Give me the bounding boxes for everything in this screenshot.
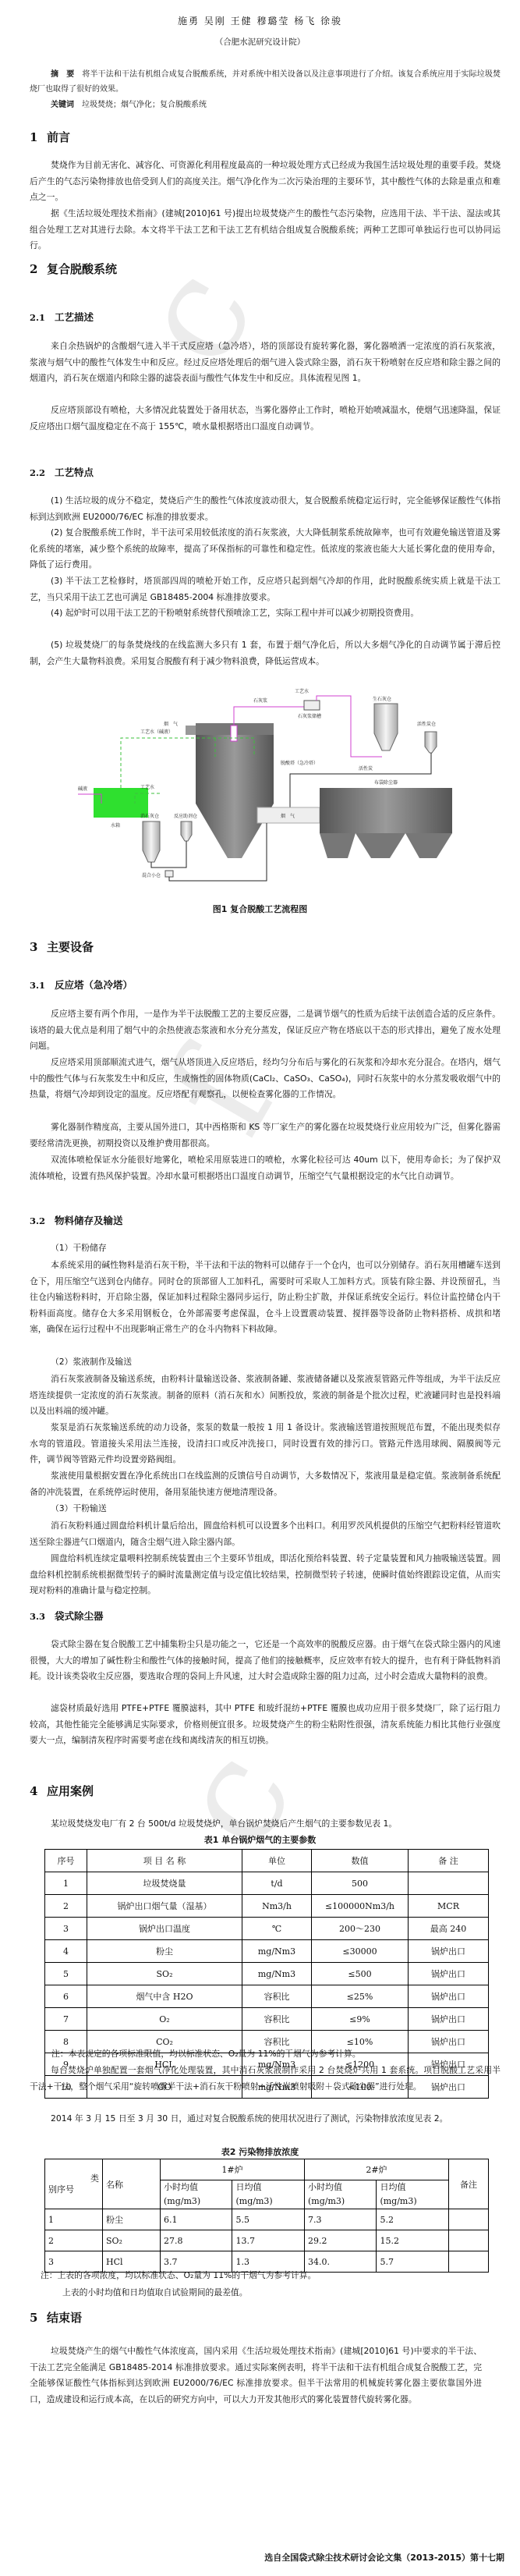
table-row: 7O₂容积比≤9%锅炉出口 — [45, 2008, 489, 2031]
table-row: 1粉尘6.15.57.35.2 — [45, 2209, 489, 2230]
authors: 施勇 吴刚 王健 穆璐莹 杨飞 徐骏 — [0, 14, 520, 27]
table-row: 6烟气中含 H2O容积比≤25%锅炉出口 — [45, 1985, 489, 2008]
table1-caption: 表1 单台锅炉烟气的主要参数 — [0, 1833, 520, 1846]
keywords-label: 关键词 — [51, 101, 74, 109]
svg-text:石灰浆: 石灰浆 — [253, 697, 267, 704]
sub-heading: （1）干粉储存 — [30, 1240, 501, 1257]
table2-caption: 表2 污染物排放浓度 — [0, 2145, 520, 2158]
process-flow-diagram: 水箱 脱酸塔（急冷塔） 烟 气 工艺水（碱液） 碱液 工艺水 石灰浆 石灰浆储槽… — [47, 687, 483, 882]
subsection-heading-3-1: 3.1反应塔（急冷塔） — [30, 978, 133, 992]
paragraph: 焚烧作为目前无害化、减容化、可资源化利用程度最高的一种垃圾处理方式已经成为我国生… — [30, 158, 501, 206]
sub-heading: （3）干粉输送 — [30, 1501, 501, 1517]
svg-text:工艺水（碱液）: 工艺水（碱液） — [140, 729, 173, 735]
svg-text:脱酸塔（急冷塔）: 脱酸塔（急冷塔） — [281, 760, 318, 766]
paper-page: c f c 施勇 吴刚 王健 穆璐莹 杨飞 徐骏 （合肥水泥研究设计院） 摘 要… — [0, 0, 520, 2576]
paragraph: 反应塔主要有两个作用，一是作为半干法脱酸工艺的主要反应器，二是调节烟气的性质为后… — [30, 1006, 501, 1055]
abstract: 摘 要将半干法和干法有机组合成复合脱酸系统，并对系统中相关设备以及注意事项进行了… — [30, 67, 501, 97]
table-row: 5SO₂mg/Nm3≤500锅炉出口 — [45, 1963, 489, 1985]
bag-filter — [320, 788, 452, 833]
paragraph: 每台焚烧炉单独配置一套烟气净化处理装置，其中消石灰浆液制作采用 2 台焚烧炉共用… — [30, 2063, 501, 2095]
table2-note: 注：上表的各项浓度，均以标准状态、O₂量为 11%的干烟气为参考计算。 — [41, 2267, 316, 2284]
svg-text:布袋除尘器: 布袋除尘器 — [374, 779, 398, 786]
table-2: 类别序号 名称 1#炉 2#炉 备注 小时均值(mg/m3) 日均值(mg/m3… — [44, 2159, 489, 2273]
paragraph: 浆液使用量根据安置在净化系统出口在线监测的反馈信号自动调节，大多数情况下，浆液用… — [30, 1468, 501, 1500]
paragraph: 消石灰粉料通过圆盘给料机计量后给出，圆盘给料机可以设置多个出料口。利用罗茨风机提… — [30, 1518, 501, 1550]
conclusion-paragraph: 垃圾焚烧产生的烟气中酸性气体浓度高，国内采用《生活垃圾处理技术指南》(建城[20… — [30, 2344, 482, 2407]
paragraph: (5) 垃圾焚烧厂的每条焚烧线的在线监测大多只有 1 套，布置于烟气净化后，所以… — [30, 637, 501, 669]
paragraph: 雾化器制作精度高，主要从国外进口，其中西格斯和 KS 等厂家生产的雾化器在垃圾焚… — [30, 1119, 501, 1151]
section-heading-2: 2复合脱酸系统 — [30, 261, 117, 277]
svg-text:活性炭仓: 活性炭仓 — [417, 721, 436, 727]
paragraph: 2014 年 3 月 15 日至 3 月 30 日，通过对复合脱酸系统的使用状况… — [30, 2111, 501, 2127]
svg-text:水箱: 水箱 — [111, 822, 120, 829]
section-heading-5: 5结束语 — [30, 2309, 82, 2326]
svg-text:石灰浆储槽: 石灰浆储槽 — [298, 713, 321, 719]
table-header-row: 序号 项 目 名 称 单位 数值 备 注 — [45, 1850, 489, 1872]
table-row: 4粉尘mg/Nm3≤30000锅炉出口 — [45, 1940, 489, 1963]
svg-text:消石灰仓: 消石灰仓 — [140, 813, 159, 819]
subsection-heading-3-2: 3.2物料储存及输送 — [30, 1213, 123, 1227]
section-heading-1: 1前言 — [30, 129, 70, 145]
sub-heading: （2）浆液制作及输送 — [30, 1354, 501, 1371]
paragraph: 双流体喷枪保证水分能很好地雾化，喷枪采用原装进口的喷枪，水雾化粒径可达 40um… — [30, 1152, 501, 1184]
section-heading-3: 3主要设备 — [30, 939, 94, 955]
paragraph: 据《生活垃圾处理技术指南》(建城[2010]61 号)提出垃圾焚烧产生的酸性气态… — [30, 206, 501, 254]
subsection-heading-2-2: 2.2工艺特点 — [30, 465, 94, 479]
svg-text:烟 气: 烟 气 — [164, 721, 178, 727]
paragraph: 袋式除尘器在复合脱酸工艺中捕集粉尘只是功能之一，它还是一个高效率的脱酸反应器。由… — [30, 1637, 501, 1685]
paragraph: (3) 半干法工艺检修时，塔顶部四周的喷枪开始工作，反应塔只起到烟气冷却的作用，… — [30, 573, 501, 605]
table-row: 3锅炉出口温度℃200～230最高 240 — [45, 1918, 489, 1940]
svg-text:碱液: 碱液 — [78, 786, 87, 792]
source-footer: 选自全国袋式除尘技术研讨会论文集（2013-2015）第十七期 — [264, 2551, 504, 2564]
paragraph: (4) 起炉时可以用干法工艺的干粉喷射系统替代预喷涂工艺，实际工程中并可以减少初… — [30, 605, 501, 622]
keywords-text: 垃圾焚烧；烟气净化；复合脱酸系统 — [82, 101, 207, 109]
figure-caption: 图1 复合脱酸工艺流程图 — [0, 903, 520, 915]
svg-text:混合小仓: 混合小仓 — [142, 872, 161, 878]
paragraph: 圆盘给料机连续定量喂料控制系统装置由三个主要环节组成，即活化预给料装置、转子定量… — [30, 1551, 501, 1599]
svg-text:活性炭: 活性炭 — [359, 765, 373, 772]
subsection-heading-3-3: 3.3袋式除尘器 — [30, 1609, 104, 1623]
table2-note: 上表的小时均值和日均值取自试验期间的最差值。 — [62, 2284, 248, 2301]
paragraph: 某垃圾焚烧发电厂有 2 台 500t/d 垃圾焚烧炉，单台锅炉焚烧后产生烟气的主… — [30, 1816, 501, 1833]
svg-text:烟 气: 烟 气 — [281, 813, 295, 819]
paragraph: 反应塔采用顶部顺流式进气，烟气从塔顶进入反应塔后，经均匀分布后与雾化的石灰浆和冷… — [30, 1055, 501, 1103]
svg-text:生石灰仓: 生石灰仓 — [373, 696, 391, 702]
subsection-heading-2-1: 2.1工艺描述 — [30, 310, 94, 324]
svg-text:工艺水: 工艺水 — [295, 688, 309, 694]
paragraph: 滤袋材质最好选用 PTFE+PTFE 覆膜滤料，其中 PTFE 和玻纤混纺+PT… — [30, 1701, 501, 1749]
paragraph: 浆泵是消石灰浆输送系统的动力设备，浆泵的数量一般按 1 用 1 备设计。浆液输送… — [30, 1420, 501, 1468]
paragraph: 本系统采用的碱性物料是消石灰干粉，半干法和干法的物料可以储存于一个仓内，也可以分… — [30, 1258, 501, 1338]
paragraph: (1) 生活垃圾的成分不稳定，焚烧后产生的酸性气体浓度波动很大，复合脱酸系统稳定… — [30, 493, 501, 525]
section-heading-4: 4应用案例 — [30, 1783, 94, 1799]
keywords: 关键词垃圾焚烧；烟气净化；复合脱酸系统 — [30, 98, 501, 112]
reaction-tower — [196, 735, 274, 858]
abstract-text: 将半干法和干法有机组合成复合脱酸系统，并对系统中相关设备以及注意事项进行了介绍。… — [30, 70, 501, 94]
paragraph: (2) 复合脱酸系统工作时，半干法可采用较低浓度的消石灰浆液，大大降低制浆系统故… — [30, 525, 501, 573]
table-row: 1垃圾焚烧量t/d500 — [45, 1872, 489, 1895]
paragraph: 反应塔顶部设有喷枪，大多情况此装置处于备用状态，当雾化器停止工作时，喷枪开始喷减… — [30, 403, 501, 435]
affiliation: （合肥水泥研究设计院） — [0, 36, 520, 48]
svg-text:工艺水: 工艺水 — [140, 784, 154, 790]
paragraph: 消石灰浆液制备及输送系统，由粉料计量输送设备、浆液制备罐、浆液储备罐以及浆液泵管… — [30, 1371, 501, 1420]
svg-text:反应助剂仓: 反应助剂仓 — [174, 813, 197, 819]
abstract-label: 摘 要 — [51, 70, 74, 79]
table1-note: 注：本表规定的各项标准限值，均以标准状态、O₂量为 11%的干烟气为参考计算。 — [51, 2046, 361, 2063]
table-row: 2锅炉出口烟气量（湿基）Nm3/h≤100000Nm3/hMCR — [45, 1895, 489, 1918]
paragraph: 来自余热锅炉的含酸烟气进入半干式反应塔（急冷塔），塔的顶部设有旋转雾化器，雾化器… — [30, 339, 501, 387]
table-row: 2SO₂27.813.729.215.2 — [45, 2230, 489, 2251]
